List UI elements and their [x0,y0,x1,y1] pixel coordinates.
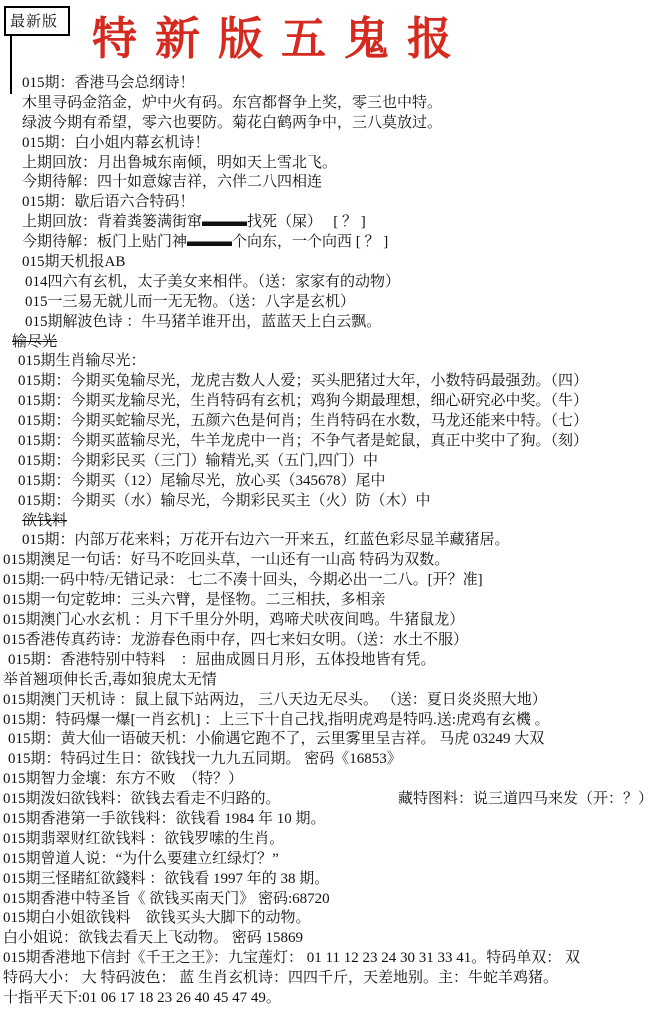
text-line: 今期待解：板门上贴门神▬▬▬个向东，一个向西 [ ？ ] [0,233,663,253]
line-text: 015期：内部万花来料；万花开右边六一开来五，红蓝色彩尽显羊藏猪居。 [22,531,510,551]
text-line: 十指平天下:01 06 17 18 23 26 40 45 47 49。 [0,989,663,1009]
text-line: 015期一句定乾坤：三头六臂，是怪物。二三相扶，多相亲 [0,591,663,611]
text-line: 015期：内部万花来料；万花开右边六一开来五，红蓝色彩尽显羊藏猪居。 [0,531,663,551]
text-line: 上期回放：月出鲁城东南倾，明如天上雪北飞。 [0,154,663,174]
line-text: 上期回放：月出鲁城东南倾，明如天上雪北飞。 [22,154,337,174]
line-text: 输尽光 [12,333,57,353]
text-line: 木里寻码金箔金，炉中火有码。东宫都督争上奖，零三也中特。 [0,94,663,114]
text-line: 015期：特码过生日：欲钱找一九九五同期。 密码《16853》 [0,750,663,770]
line-text: 上期回放：背着粪篓满街窜▬▬▬找死（屎） [ ？ ] [22,213,366,233]
text-line: 举首翘项伸长舌,毒如狼虎太无情 [0,671,663,691]
text-line: 白小姐说：欲钱去看天上飞动物。 密码 15869 [0,929,663,949]
text-line: 015期：黄大仙一语破天机：小偷遇它跑不了，云里雾里呈吉祥。 马虎 03249 … [0,730,663,750]
text-line: 上期回放：背着粪篓满街窜▬▬▬找死（屎） [ ？ ] [0,213,663,233]
line-text: 015期：香港特别中特料 ：屈曲成圆日月形，五体投地皆有凭。 [8,651,436,671]
line-text: 举首翘项伸长舌,毒如狼虎太无情 [3,671,217,691]
line-text: 特码大小： 大 特码波色： 蓝 生肖玄机诗：四四千斤，天差地别。主：牛蛇羊鸡猪。 [3,969,558,989]
line-text: 014四六有玄机，太子美女来相伴。（送：家家有的动物） [25,273,400,293]
text-line: 015期：香港马会总纲诗！ [0,74,663,94]
line-text: 015期：今期买蓝输尽光，牛羊龙虎中一肖；不争气者是蛇鼠，真正中奖中了狗。（刻） [18,432,588,452]
text-line: 015期：香港特别中特料 ：屈曲成圆日月形，五体投地皆有凭。 [0,651,663,671]
line-text: 015期生肖输尽光： [18,352,146,372]
line-text: 015期：特码过生日：欲钱找一九九五同期。 密码《16853》 [8,750,402,770]
line-text: 欲钱料 [22,512,67,532]
text-line: 015期：白小姐内幕玄机诗！ [0,134,663,154]
text-line: 015期：今期买（水）输尽光，今期彩民买主（火）防（木）中 [0,492,663,512]
line-text: 白小姐说：欲钱去看天上飞动物。 密码 15869 [3,929,303,949]
line-text: 015期泼妇欲钱料：欲钱去看走不归路的。 [3,790,281,810]
text-line: 015期翡翠财红欲钱料 ：欲钱罗嗦的生肖。 [0,830,663,850]
text-line: 015香港传真药诗：龙游春色雨中存，四七来妇女明。（送：水土不服） [0,631,663,651]
text-line: 015期澳门心水玄机 ：月下千里分外明，鸡啼犬吠夜间鸣。牛猪鼠龙） [0,611,663,631]
text-line: 015期：今期彩民买（三门）输精光,买（五门,四门）中 [0,452,663,472]
line-text: 015期：今期买兔输尽光，龙虎吉数人人爱；买头肥猪过大年，小数特码最强劲。（四） [18,372,588,392]
line-text: 木里寻码金箔金，炉中火有码。东宫都督争上奖，零三也中特。 [22,94,442,114]
text-line: 015期解波色诗 ：牛马猪羊谁开出，蓝蓝天上白云飘。 [0,313,663,333]
text-line: 015期：今期买（12）尾输尽光，放心买（345678）尾中 [0,472,663,492]
line-text: 015期三怪睹紅欲錢料 ：欲钱看 1997 年的 38 期。 [3,870,329,890]
text-line: 今期待解：四十如意嫁吉祥，六伴二八四相连 [0,173,663,193]
line-text: 015期：特码爆一爆[一肖玄机] ：上三下十自己找,指明虎鸡是特吗.送:虎鸡有玄… [3,711,550,731]
line-text: 015期天机报AB [22,253,125,273]
line-text: 015香港传真药诗：龙游春色雨中存，四七来妇女明。（送：水土不服） [3,631,468,651]
text-line: 特码大小： 大 特码波色： 蓝 生肖玄机诗：四四千斤，天差地别。主：牛蛇羊鸡猪。 [0,969,663,989]
line-text: 十指平天下:01 06 17 18 23 26 40 45 47 49。 [3,989,281,1009]
line-text: 015期香港中特圣旨《 欲钱买南天门》 密码:68720 [3,890,330,910]
line-text: 015期:一码中特/无错记录： 七二不凑十回头，今期必出一二八。[开？准] [3,571,483,591]
text-line: 015期：今期买龙输尽光，生肖特码有玄机；鸡狗今期最理想，细心研究必中奖。（牛） [0,392,663,412]
line-text: 015期：白小姐内幕玄机诗！ [22,134,210,154]
text-line: 015期香港第一手欲钱料：欲钱看 1984 年 10 期。 [0,810,663,830]
line-text: 015期：黄大仙一语破天机：小偷遇它跑不了，云里雾里呈吉祥。 马虎 03249 … [8,730,544,750]
line-text: 015期翡翠财红欲钱料 ：欲钱罗嗦的生肖。 [3,830,284,850]
text-line: 015期香港地下信封《千王之王》：九宝莲灯： 01 11 12 23 24 30… [0,949,663,969]
line-text: 015期解波色诗 ：牛马猪羊谁开出，蓝蓝天上白云飘。 [25,313,381,333]
line-text: 015期香港第一手欲钱料：欲钱看 1984 年 10 期。 [3,810,326,830]
line-text: 015期澳门天机诗 ：鼠上鼠下站两边， 三八天边无尽头。 （送：夏日炎炎照大地） [3,691,547,711]
line-text: 015期：今期买蛇输尽光，五颜六色是何肖；生肖特码在水数，马龙还能来中特。（七） [18,412,588,432]
line-text-right: 藏特图料：说三道四马来发（开：？） [398,790,663,810]
text-line: 014四六有玄机，太子美女来相伴。（送：家家有的动物） [0,273,663,293]
line-text: 015期：歇后语六合特码！ [22,193,195,213]
text-line: 绿波今期有希望，零六也要防。菊花白鹤两争中，三八莫放过。 [0,114,663,134]
text-line: 015期泼妇欲钱料：欲钱去看走不归路的。藏特图料：说三道四马来发（开：？） [0,790,663,810]
line-text: 015期智力金壤：东方不败 （特？） [3,770,243,790]
line-text: 015期：香港马会总纲诗！ [22,74,195,94]
line-text: 015一三易无就儿而一无无物。（送：八字是玄机） [25,293,355,313]
edition-label: 最新版 [10,14,58,30]
text-line: 015期:一码中特/无错记录： 七二不凑十回头，今期必出一二八。[开？准] [0,571,663,591]
line-text: 015期：今期买（水）输尽光，今期彩民买主（火）防（木）中 [18,492,431,512]
text-line: 015期三怪睹紅欲錢料 ：欲钱看 1997 年的 38 期。 [0,870,663,890]
text-line: 015期：特码爆一爆[一肖玄机] ：上三下十自己找,指明虎鸡是特吗.送:虎鸡有玄… [0,711,663,731]
text-line: 015期：今期买蛇输尽光，五颜六色是何肖；生肖特码在水数，马龙还能来中特。（七） [0,412,663,432]
text-line: 015一三易无就儿而一无无物。（送：八字是玄机） [0,293,663,313]
line-text: 015期：今期彩民买（三门）输精光,买（五门,四门）中 [18,452,378,472]
line-text: 015期香港地下信封《千王之王》：九宝莲灯： 01 11 12 23 24 30… [3,949,580,969]
line-text: 今期待解：四十如意嫁吉祥，六伴二八四相连 [22,173,322,193]
edition-badge: 最新版 [4,6,70,36]
line-text: 绿波今期有希望，零六也要防。菊花白鹤两争中，三八莫放过。 [22,114,442,134]
line-text: 015期曾道人说：“为什么要建立红绿灯？” [3,850,279,870]
text-line: 015期智力金壤：东方不败 （特？） [0,770,663,790]
section-header: 欲钱料 [0,512,663,532]
line-text: 015期澳足一句话：好马不吃回头草，一山还有一山高 特码为双数。 [3,551,449,571]
text-line: 015期：今期买蓝输尽光，牛羊龙虎中一肖；不争气者是蛇鼠，真正中奖中了狗。（刻） [0,432,663,452]
text-line: 015期澳门天机诗 ：鼠上鼠下站两边， 三八天边无尽头。 （送：夏日炎炎照大地） [0,691,663,711]
edition-box-border-stub [10,36,12,94]
line-text: 015期澳门心水玄机 ：月下千里分外明，鸡啼犬吠夜间鸣。牛猪鼠龙） [3,611,464,631]
line-text: 015期一句定乾坤：三头六臂，是怪物。二三相扶，多相亲 [3,591,386,611]
text-line: 015期澳足一句话：好马不吃回头草，一山还有一山高 特码为双数。 [0,551,663,571]
page-title: 特新版五鬼报 [92,10,663,68]
text-line: 015期曾道人说：“为什么要建立红绿灯？” [0,850,663,870]
text-line: 015期：今期买兔输尽光，龙虎吉数人人爱；买头肥猪过大年，小数特码最强劲。（四） [0,372,663,392]
text-line: 015期白小姐欲钱料 欲钱买头大脚下的动物。 [0,909,663,929]
line-text: 015期白小姐欲钱料 欲钱买头大脚下的动物。 [3,909,311,929]
line-text: 015期：今期买（12）尾输尽光，放心买（345678）尾中 [18,472,386,492]
line-text: 今期待解：板门上贴门神▬▬▬个向东，一个向西 [ ？ ] [22,233,388,253]
document-body: 015期：香港马会总纲诗！木里寻码金箔金，炉中火有码。东宫都督争上奖，零三也中特… [0,74,663,1009]
text-line: 015期：歇后语六合特码！ [0,193,663,213]
text-line: 015期生肖输尽光： [0,352,663,372]
section-header: 输尽光 [0,333,663,353]
text-line: 015期香港中特圣旨《 欲钱买南天门》 密码:68720 [0,890,663,910]
line-text: 015期：今期买龙输尽光，生肖特码有玄机；鸡狗今期最理想，细心研究必中奖。（牛） [18,392,588,412]
text-line: 015期天机报AB [0,253,663,273]
